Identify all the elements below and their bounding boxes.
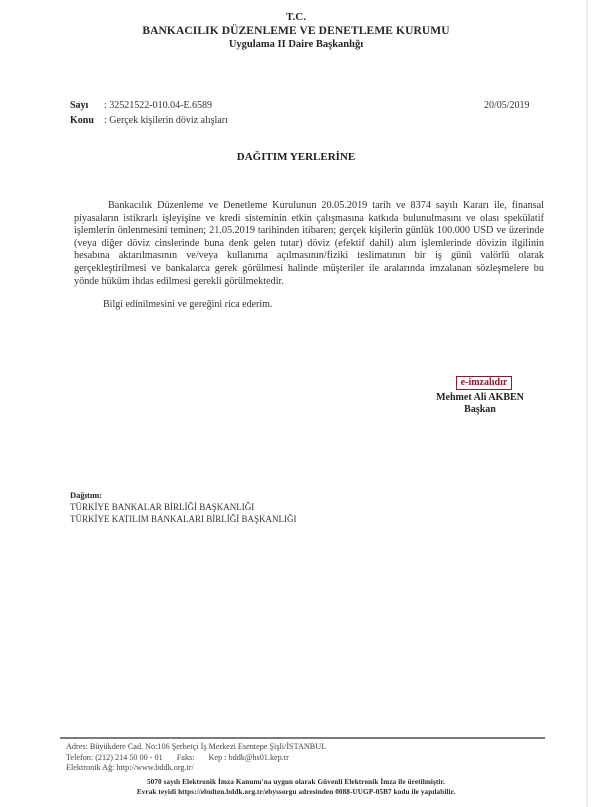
- footer-legal-notice: 5070 sayılı Elektronik İmza Kanunu'na uy…: [0, 778, 592, 797]
- body-paragraph: Bankacılık Düzenleme ve Denetleme Kurulu…: [74, 200, 544, 288]
- signer-name: Mehmet Ali AKBEN: [420, 392, 540, 404]
- footer-phone-row: Telefon: (212) 214 50 00 - 01Faks:Kep : …: [66, 753, 326, 764]
- footer-fax: Faks:: [177, 753, 195, 762]
- footer-kep: Kep : bddk@hs01.kep.tr: [209, 753, 289, 762]
- footer-contact: Adres: Büyükdere Cad. No:106 Şerbetçi İş…: [66, 742, 326, 774]
- addressee-heading: DAĞITIM YERLERİNE: [0, 151, 592, 163]
- number-row: Sayı : 32521522-010.04-E.6589: [70, 98, 228, 113]
- legal-line-2: Evrak teyidi https://ebulten.bddk.org.tr…: [0, 788, 592, 798]
- distribution-recipient: TÜRKİYE KATILIM BANKALARI BİRLİĞİ BAŞKAN…: [70, 513, 296, 525]
- e-signature-stamp: e-imzalıdır: [456, 376, 513, 390]
- subject-label: Konu: [70, 113, 104, 128]
- body-text: Bankacılık Düzenleme ve Denetleme Kurulu…: [74, 200, 544, 288]
- number-value: : 32521522-010.04-E.6589: [104, 98, 212, 113]
- distribution-recipient: TÜRKİYE BANKALAR BİRLİĞİ BAŞKANLIĞI: [70, 501, 296, 513]
- distribution-label: Dağıtım:: [70, 489, 296, 501]
- closing-sentence: Bilgi edinilmesini ve gereğini rica eder…: [103, 299, 272, 310]
- letterhead: T.C. BANKACILIK DÜZENLEME VE DENETLEME K…: [0, 11, 592, 52]
- letterhead-department: Uygulama II Daire Başkanlığı: [0, 38, 592, 52]
- footer-phone: Telefon: (212) 214 50 00 - 01: [66, 753, 163, 762]
- document-meta: Sayı : 32521522-010.04-E.6589 Konu : Ger…: [70, 98, 228, 128]
- document-date: 20/05/2019: [484, 98, 530, 113]
- document-page: T.C. BANKACILIK DÜZENLEME VE DENETLEME K…: [0, 0, 592, 807]
- legal-line-1: 5070 sayılı Elektronik İmza Kanunu'na uy…: [0, 778, 592, 788]
- letterhead-tc: T.C.: [0, 11, 592, 24]
- page-edge: [586, 0, 588, 807]
- number-label: Sayı: [70, 98, 104, 113]
- footer-address: Adres: Büyükdere Cad. No:106 Şerbetçi İş…: [66, 742, 326, 753]
- footer-web[interactable]: Elektronik Ağ: http://www.bddk.org.tr/: [66, 763, 326, 774]
- distribution-list: Dağıtım: TÜRKİYE BANKALAR BİRLİĞİ BAŞKAN…: [70, 489, 296, 525]
- letterhead-organization: BANKACILIK DÜZENLEME VE DENETLEME KURUMU: [0, 24, 592, 38]
- subject-row: Konu : Gerçek kişilerin döviz alışları: [70, 113, 228, 128]
- subject-value: : Gerçek kişilerin döviz alışları: [104, 113, 228, 128]
- signature-block: e-imzalıdır Mehmet Ali AKBEN Başkan: [420, 372, 540, 416]
- footer-divider: [60, 737, 545, 739]
- signer-title: Başkan: [420, 404, 540, 416]
